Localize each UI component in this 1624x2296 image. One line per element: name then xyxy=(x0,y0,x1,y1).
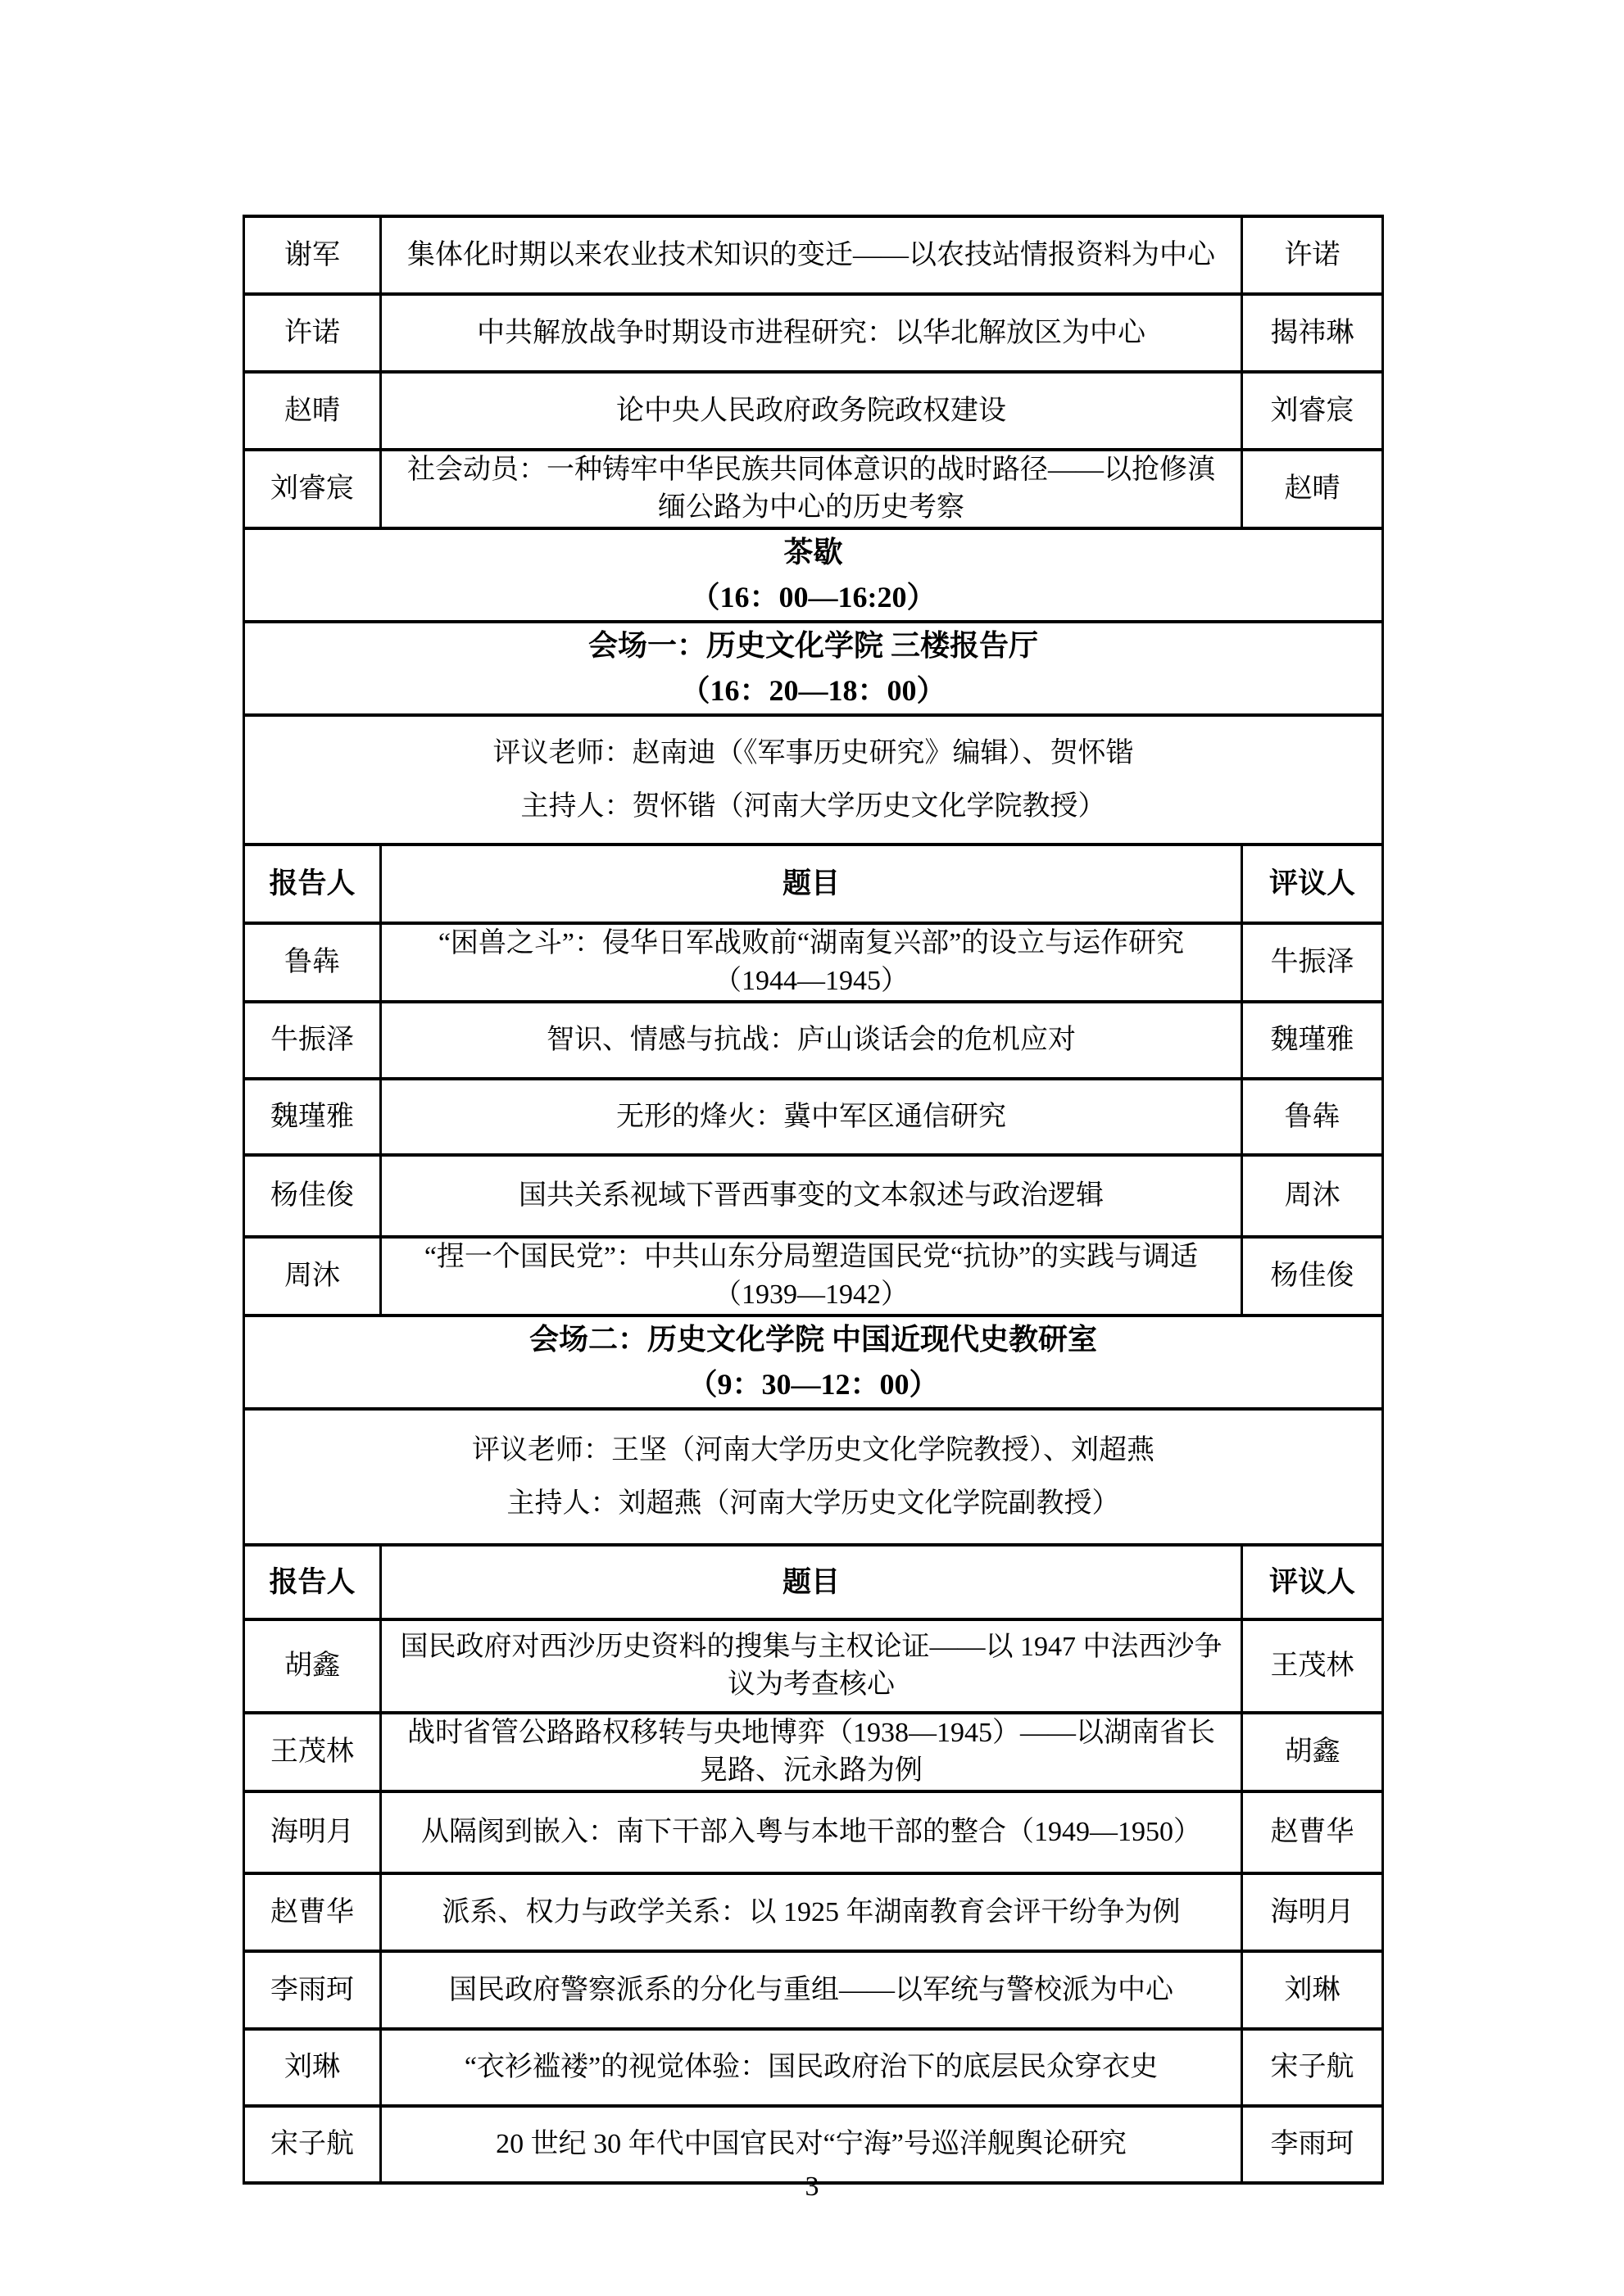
discussant-header: 评议人 xyxy=(1242,845,1383,923)
page-number: 3 xyxy=(0,2171,1624,2203)
table-row: 周沐 “捏一个国民党”：中共山东分局塑造国民党“抗协”的实践与调适（1939—1… xyxy=(244,1237,1383,1316)
table-row: 胡鑫 国民政府对西沙历史资料的搜集与主权论证——以 1947 中法西沙争议为考查… xyxy=(244,1619,1383,1713)
discussant-cell: 宋子航 xyxy=(1242,2029,1383,2106)
discussant-cell: 揭祎琳 xyxy=(1242,294,1383,372)
discussant-cell: 海明月 xyxy=(1242,1873,1383,1951)
title-cell: 战时省管公路路权移转与央地博弈（1938—1945）——以湖南省长晃路、沅永路为… xyxy=(381,1713,1242,1791)
title-cell: 无形的烽火：冀中军区通信研究 xyxy=(381,1079,1242,1155)
presenter-header: 报告人 xyxy=(244,1545,381,1619)
title-cell: 中共解放战争时期设市进程研究：以华北解放区为中心 xyxy=(381,294,1242,372)
venue1-heading-row: 会场一：历史文化学院 三楼报告厅 （16：20—18：00） xyxy=(244,622,1383,715)
title-cell: “衣衫褴褛”的视觉体验：国民政府治下的底层民众穿衣史 xyxy=(381,2029,1242,2106)
title-header: 题目 xyxy=(381,1545,1242,1619)
venue2-teachers-cell: 评议老师：王坚（河南大学历史文化学院教授）、刘超燕 主持人：刘超燕（河南大学历史… xyxy=(244,1409,1383,1545)
venue1-host: 主持人：贺怀锴（河南大学历史文化学院教授） xyxy=(245,780,1381,833)
title-cell: 国民政府警察派系的分化与重组——以军统与警校派为中心 xyxy=(381,1951,1242,2029)
discussant-cell: 周沐 xyxy=(1242,1155,1383,1237)
presenter-cell: 杨佳俊 xyxy=(244,1155,381,1237)
presenter-cell: 海明月 xyxy=(244,1791,381,1873)
document-page: 谢军 集体化时期以来农业技术知识的变迁——以农技站情报资料为中心 许诺 许诺 中… xyxy=(0,0,1624,2296)
venue2-time: （9：30—12：00） xyxy=(245,1362,1381,1407)
presenter-header: 报告人 xyxy=(244,845,381,923)
table-row: 杨佳俊 国共关系视域下晋西事变的文本叙述与政治逻辑 周沐 xyxy=(244,1155,1383,1237)
venue1-teachers-cell: 评议老师：赵南迪（《军事历史研究》编辑）、贺怀锴 主持人：贺怀锴（河南大学历史文… xyxy=(244,715,1383,845)
discussant-cell: 王茂林 xyxy=(1242,1619,1383,1713)
title-cell: 智识、情感与抗战：庐山谈话会的危机应对 xyxy=(381,1002,1242,1079)
discussant-cell: 魏瑾雅 xyxy=(1242,1002,1383,1079)
title-cell: 论中央人民政府政务院政权建设 xyxy=(381,372,1242,450)
title-header: 题目 xyxy=(381,845,1242,923)
table-row: 牛振泽 智识、情感与抗战：庐山谈话会的危机应对 魏瑾雅 xyxy=(244,1002,1383,1079)
discussant-cell: 刘琳 xyxy=(1242,1951,1383,2029)
table-row: 魏瑾雅 无形的烽火：冀中军区通信研究 鲁犇 xyxy=(244,1079,1383,1155)
title-cell: “困兽之斗”：侵华日军战败前“湖南复兴部”的设立与运作研究（1944—1945） xyxy=(381,923,1242,1002)
presenter-cell: 刘睿宸 xyxy=(244,450,381,528)
presenter-cell: 魏瑾雅 xyxy=(244,1079,381,1155)
venue2-column-header-row: 报告人 题目 评议人 xyxy=(244,1545,1383,1619)
title-cell: 集体化时期以来农业技术知识的变迁——以农技站情报资料为中心 xyxy=(381,216,1242,294)
venue1-reviewers: 评议老师：赵南迪（《军事历史研究》编辑）、贺怀锴 xyxy=(245,727,1381,780)
table-row: 鲁犇 “困兽之斗”：侵华日军战败前“湖南复兴部”的设立与运作研究（1944—19… xyxy=(244,923,1383,1002)
table-row: 刘睿宸 社会动员：一种铸牢中华民族共同体意识的战时路径——以抢修滇缅公路为中心的… xyxy=(244,450,1383,528)
tea-break-label: 茶歇 xyxy=(245,530,1381,575)
title-cell: 国共关系视域下晋西事变的文本叙述与政治逻辑 xyxy=(381,1155,1242,1237)
presenter-cell: 胡鑫 xyxy=(244,1619,381,1713)
table-row: 赵晴 论中央人民政府政务院政权建设 刘睿宸 xyxy=(244,372,1383,450)
conference-schedule-table: 谢军 集体化时期以来农业技术知识的变迁——以农技站情报资料为中心 许诺 许诺 中… xyxy=(243,215,1384,2185)
venue2-heading-cell: 会场二：历史文化学院 中国近现代史教研室 （9：30—12：00） xyxy=(244,1316,1383,1409)
presenter-cell: 赵曹华 xyxy=(244,1873,381,1951)
table-row: 刘琳 “衣衫褴褛”的视觉体验：国民政府治下的底层民众穿衣史 宋子航 xyxy=(244,2029,1383,2106)
discussant-cell: 刘睿宸 xyxy=(1242,372,1383,450)
discussant-cell: 赵曹华 xyxy=(1242,1791,1383,1873)
table-row: 许诺 中共解放战争时期设市进程研究：以华北解放区为中心 揭祎琳 xyxy=(244,294,1383,372)
presenter-cell: 许诺 xyxy=(244,294,381,372)
table-row: 李雨珂 国民政府警察派系的分化与重组——以军统与警校派为中心 刘琳 xyxy=(244,1951,1383,2029)
discussant-cell: 胡鑫 xyxy=(1242,1713,1383,1791)
venue1-teachers-row: 评议老师：赵南迪（《军事历史研究》编辑）、贺怀锴 主持人：贺怀锴（河南大学历史文… xyxy=(244,715,1383,845)
tea-break-time: （16：00—16:20） xyxy=(245,575,1381,620)
tea-break-cell: 茶歇 （16：00—16:20） xyxy=(244,528,1383,622)
venue2-reviewers: 评议老师：王坚（河南大学历史文化学院教授）、刘超燕 xyxy=(245,1424,1381,1477)
presenter-cell: 鲁犇 xyxy=(244,923,381,1002)
discussant-cell: 牛振泽 xyxy=(1242,923,1383,1002)
discussant-header: 评议人 xyxy=(1242,1545,1383,1619)
venue2-heading-row: 会场二：历史文化学院 中国近现代史教研室 （9：30—12：00） xyxy=(244,1316,1383,1409)
venue2-host: 主持人：刘超燕（河南大学历史文化学院副教授） xyxy=(245,1477,1381,1530)
venue1-name: 会场一：历史文化学院 三楼报告厅 xyxy=(245,623,1381,668)
discussant-cell: 鲁犇 xyxy=(1242,1079,1383,1155)
presenter-cell: 赵晴 xyxy=(244,372,381,450)
tea-break-row: 茶歇 （16：00—16:20） xyxy=(244,528,1383,622)
table-row: 海明月 从隔阂到嵌入：南下干部入粤与本地干部的整合（1949—1950） 赵曹华 xyxy=(244,1791,1383,1873)
table-row: 谢军 集体化时期以来农业技术知识的变迁——以农技站情报资料为中心 许诺 xyxy=(244,216,1383,294)
venue1-heading-cell: 会场一：历史文化学院 三楼报告厅 （16：20—18：00） xyxy=(244,622,1383,715)
discussant-cell: 许诺 xyxy=(1242,216,1383,294)
table-row: 王茂林 战时省管公路路权移转与央地博弈（1938—1945）——以湖南省长晃路、… xyxy=(244,1713,1383,1791)
presenter-cell: 刘琳 xyxy=(244,2029,381,2106)
venue1-time: （16：20—18：00） xyxy=(245,668,1381,713)
title-cell: “捏一个国民党”：中共山东分局塑造国民党“抗协”的实践与调适（1939—1942… xyxy=(381,1237,1242,1316)
presenter-cell: 李雨珂 xyxy=(244,1951,381,2029)
presenter-cell: 牛振泽 xyxy=(244,1002,381,1079)
table-row: 赵曹华 派系、权力与政学关系：以 1925 年湖南教育会评干纷争为例 海明月 xyxy=(244,1873,1383,1951)
venue2-teachers-row: 评议老师：王坚（河南大学历史文化学院教授）、刘超燕 主持人：刘超燕（河南大学历史… xyxy=(244,1409,1383,1545)
title-cell: 从隔阂到嵌入：南下干部入粤与本地干部的整合（1949—1950） xyxy=(381,1791,1242,1873)
title-cell: 国民政府对西沙历史资料的搜集与主权论证——以 1947 中法西沙争议为考查核心 xyxy=(381,1619,1242,1713)
venue2-name: 会场二：历史文化学院 中国近现代史教研室 xyxy=(245,1317,1381,1362)
presenter-cell: 周沐 xyxy=(244,1237,381,1316)
venue1-column-header-row: 报告人 题目 评议人 xyxy=(244,845,1383,923)
presenter-cell: 谢军 xyxy=(244,216,381,294)
discussant-cell: 杨佳俊 xyxy=(1242,1237,1383,1316)
title-cell: 派系、权力与政学关系：以 1925 年湖南教育会评干纷争为例 xyxy=(381,1873,1242,1951)
title-cell: 社会动员：一种铸牢中华民族共同体意识的战时路径——以抢修滇缅公路为中心的历史考察 xyxy=(381,450,1242,528)
presenter-cell: 王茂林 xyxy=(244,1713,381,1791)
discussant-cell: 赵晴 xyxy=(1242,450,1383,528)
